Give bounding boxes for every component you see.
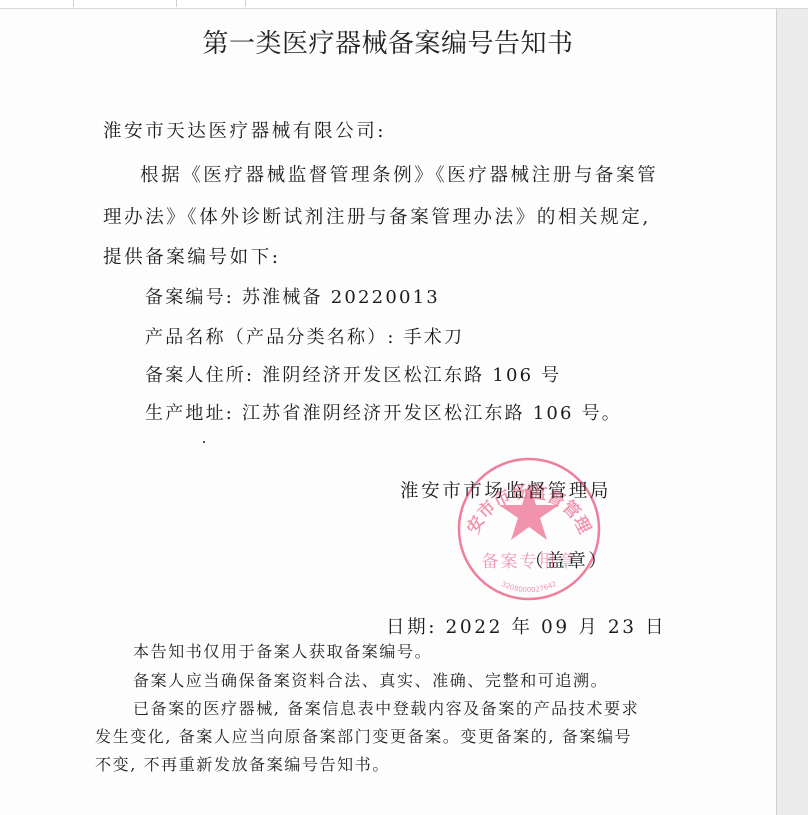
body-paragraph-line-3: 提供备案编号如下:: [103, 243, 281, 269]
document-page: 第一类医疗器械备案编号告知书 淮安市天达医疗器械有限公司: 根据《医疗器械监督管…: [0, 9, 777, 815]
note-line-2: 备案人应当确保备案资料合法、真实、准确、完整和可追溯。: [133, 668, 608, 691]
note-line-5: 不变, 不再重新发放备案编号告知书。: [95, 752, 390, 775]
note-line-3: 已备案的医疗器械, 备案信息表中登载内容及备案的产品技术要求: [133, 696, 639, 719]
filing-number: 备案编号: 苏淮械备 20220013: [145, 283, 440, 309]
note-line-1: 本告知书仅用于备案人获取备案编号。: [133, 639, 432, 662]
addressee: 淮安市天达医疗器械有限公司:: [103, 117, 386, 143]
product-name: 产品名称（产品分类名称）: 手术刀: [145, 323, 464, 349]
production-address: 生产地址: 江苏省淮阴经济开发区松江东路 106 号。: [145, 399, 622, 425]
scan-speck: [203, 441, 205, 443]
note-line-4: 发生变化, 备案人应当向原备案部门变更备案。变更备案的, 备案编号: [95, 724, 632, 747]
body-paragraph-line-1: 根据《医疗器械监督管理条例》《医疗器械注册与备案管: [140, 161, 658, 187]
seal-note: （盖章）: [525, 547, 808, 573]
viewer-side-pane: [777, 9, 808, 815]
issuing-authority: 淮安市市场监督管理局: [400, 477, 808, 503]
filer-address: 备案人住所: 淮阴经济开发区松江东路 106 号: [145, 361, 561, 387]
toolbar-divider: [176, 0, 177, 7]
viewer-top-strip: [0, 0, 808, 9]
svg-text:3208000027642: 3208000027642: [500, 580, 558, 594]
seal-serial: 3208000027642: [500, 580, 558, 594]
body-paragraph-line-2: 理办法》《体外诊断试剂注册与备案管理办法》的相关规定,: [103, 203, 651, 229]
document-title: 第一类医疗器械备案编号告知书: [0, 23, 776, 60]
toolbar-divider: [245, 0, 246, 7]
issue-date: 日期: 2022 年 09 月 23 日: [386, 613, 808, 639]
toolbar-divider: [73, 0, 74, 7]
